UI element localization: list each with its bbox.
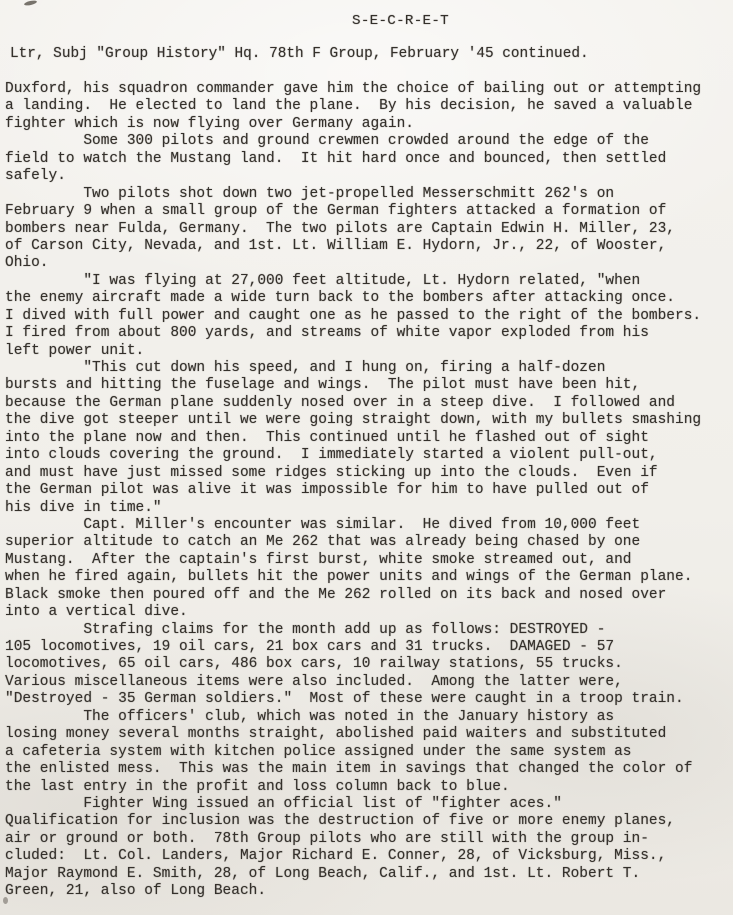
classification-header: S-E-C-R-E-T — [352, 13, 449, 29]
text-line: the German pilot was alive it was imposs… — [5, 482, 731, 499]
text-line: February 9 when a small group of the Ger… — [5, 203, 731, 220]
document-body: Duxford, his squadron commander gave him… — [5, 81, 731, 901]
text-line: bombers near Fulda, Germany. The two pil… — [5, 221, 731, 238]
text-line: losing money several months straight, ab… — [5, 726, 731, 743]
text-line: 105 locomotives, 19 oil cars, 21 box car… — [5, 639, 731, 656]
text-line: cluded: Lt. Col. Landers, Major Richard … — [5, 848, 731, 865]
text-line: air or ground or both. 78th Group pilots… — [5, 831, 731, 848]
text-line: the dive got steeper until we were going… — [5, 412, 731, 429]
text-line: Ohio. — [5, 255, 731, 272]
text-line: superior altitude to catch an Me 262 tha… — [5, 534, 731, 551]
text-line: Two pilots shot down two jet-propelled M… — [5, 186, 731, 203]
text-line: into a vertical dive. — [5, 604, 731, 621]
text-line: safely. — [5, 168, 731, 185]
text-line: Duxford, his squadron commander gave him… — [5, 81, 731, 98]
text-line: Major Raymond E. Smith, 28, of Long Beac… — [5, 866, 731, 883]
text-line: because the German plane suddenly nosed … — [5, 395, 731, 412]
text-line: left power unit. — [5, 343, 731, 360]
text-line: Black smoke then poured off and the Me 2… — [5, 587, 731, 604]
text-line: I fired from about 800 yards, and stream… — [5, 325, 731, 342]
text-line: bursts and hitting the fuselage and wing… — [5, 377, 731, 394]
text-line: into the plane now and then. This contin… — [5, 430, 731, 447]
text-line: of Carson City, Nevada, and 1st. Lt. Wil… — [5, 238, 731, 255]
text-line: and must have just missed some ridges st… — [5, 465, 731, 482]
text-line: The officers' club, which was noted in t… — [5, 709, 731, 726]
text-line: when he fired again, bullets hit the pow… — [5, 569, 731, 586]
text-line: "This cut down his speed, and I hung on,… — [5, 360, 731, 377]
text-line: Qualification for inclusion was the dest… — [5, 813, 731, 830]
scan-artifact — [24, 0, 38, 6]
text-line: "Destroyed - 35 German soldiers." Most o… — [5, 691, 731, 708]
text-line: fighter which is now flying over Germany… — [5, 116, 731, 133]
text-line: Fighter Wing issued an official list of … — [5, 796, 731, 813]
text-line: field to watch the Mustang land. It hit … — [5, 151, 731, 168]
text-line: a cafeteria system with kitchen police a… — [5, 744, 731, 761]
text-line: Green, 21, also of Long Beach. — [5, 883, 731, 900]
text-line: Capt. Miller's encounter was similar. He… — [5, 517, 731, 534]
text-line: the enlisted mess. This was the main ite… — [5, 761, 731, 778]
scan-artifact — [3, 897, 8, 904]
text-line: the last entry in the profit and loss co… — [5, 779, 731, 796]
text-line: I dived with full power and caught one a… — [5, 308, 731, 325]
document-page: S-E-C-R-E-T Ltr, Subj "Group History" Hq… — [0, 0, 733, 915]
text-line: his dive in time." — [5, 500, 731, 517]
text-line: the enemy aircraft made a wide turn back… — [5, 290, 731, 307]
text-line: Some 300 pilots and ground crewmen crowd… — [5, 133, 731, 150]
text-line: a landing. He elected to land the plane.… — [5, 98, 731, 115]
subject-line: Ltr, Subj "Group History" Hq. 78th F Gro… — [10, 46, 589, 62]
text-line: "I was flying at 27,000 feet altitude, L… — [5, 273, 731, 290]
text-line: Strafing claims for the month add up as … — [5, 622, 731, 639]
text-line: into clouds covering the ground. I immed… — [5, 447, 731, 464]
text-line: Mustang. After the captain's first burst… — [5, 552, 731, 569]
text-line: Various miscellaneous items were also in… — [5, 674, 731, 691]
text-line: locomotives, 65 oil cars, 486 box cars, … — [5, 656, 731, 673]
